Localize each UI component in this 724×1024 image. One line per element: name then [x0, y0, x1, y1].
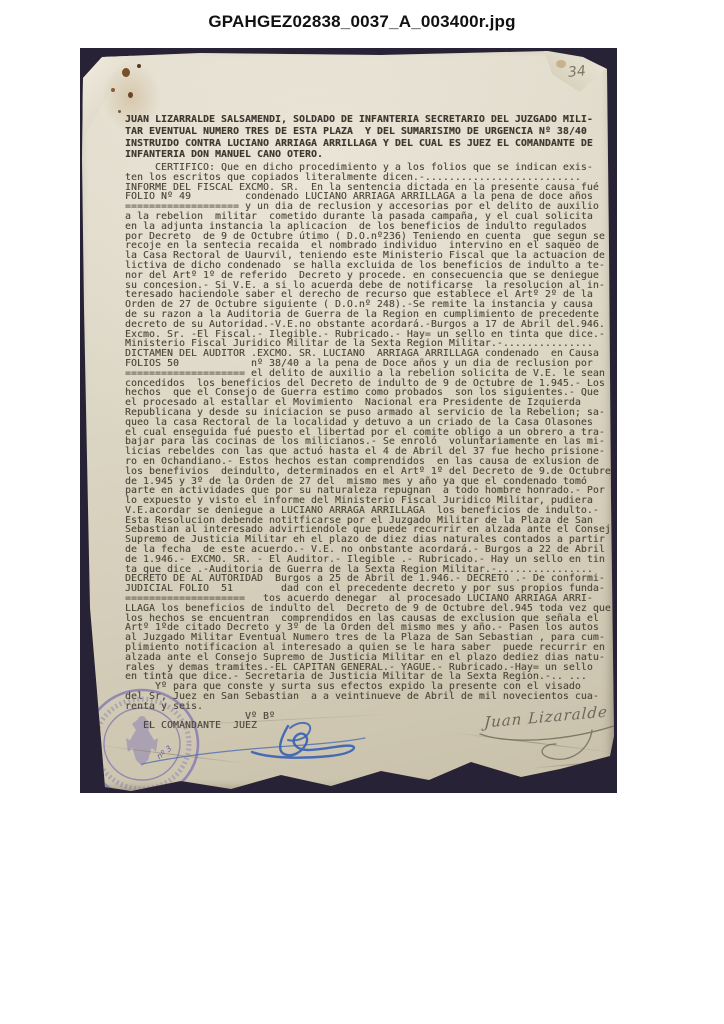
judge-signature-ink — [140, 708, 380, 778]
stain-spot — [118, 110, 121, 113]
document-heading-line: INFANTERIA DON MANUEL CANO OTERO. — [125, 149, 593, 161]
document-heading-line: INSTRUIDO CONTRA LUCIANO ARRIAGA ARRILLA… — [125, 138, 593, 150]
scan-background: 34 JUAN LIZARRALDE SALSAMENDI, SOLDADO D… — [80, 48, 617, 793]
document-heading: JUAN LIZARRALDE SALSAMENDI, SOLDADO DE I… — [125, 114, 593, 161]
document-page: 34 JUAN LIZARRALDE SALSAMENDI, SOLDADO D… — [80, 48, 617, 793]
stain-spot — [111, 88, 115, 92]
document-heading-line: JUAN LIZARRALDE SALSAMENDI, SOLDADO DE I… — [125, 114, 593, 126]
folio-number-annotation: 34 — [567, 63, 586, 81]
stain-spot — [556, 60, 566, 68]
stain-spot — [128, 92, 133, 98]
document-body: CERTIFICO: Que en dicho procedimiento y … — [125, 163, 617, 731]
stain-spot — [137, 64, 141, 68]
judge-signature-tail — [142, 738, 365, 764]
filename-title: GPAHGEZ02838_0037_A_003400r.jpg — [0, 12, 724, 32]
stain-spot — [122, 68, 130, 77]
document-heading-line: TAR EVENTUAL NUMERO TRES DE ESTA PLAZA Y… — [125, 126, 593, 138]
secretary-signature: Juan Lizaralde — [472, 700, 617, 770]
